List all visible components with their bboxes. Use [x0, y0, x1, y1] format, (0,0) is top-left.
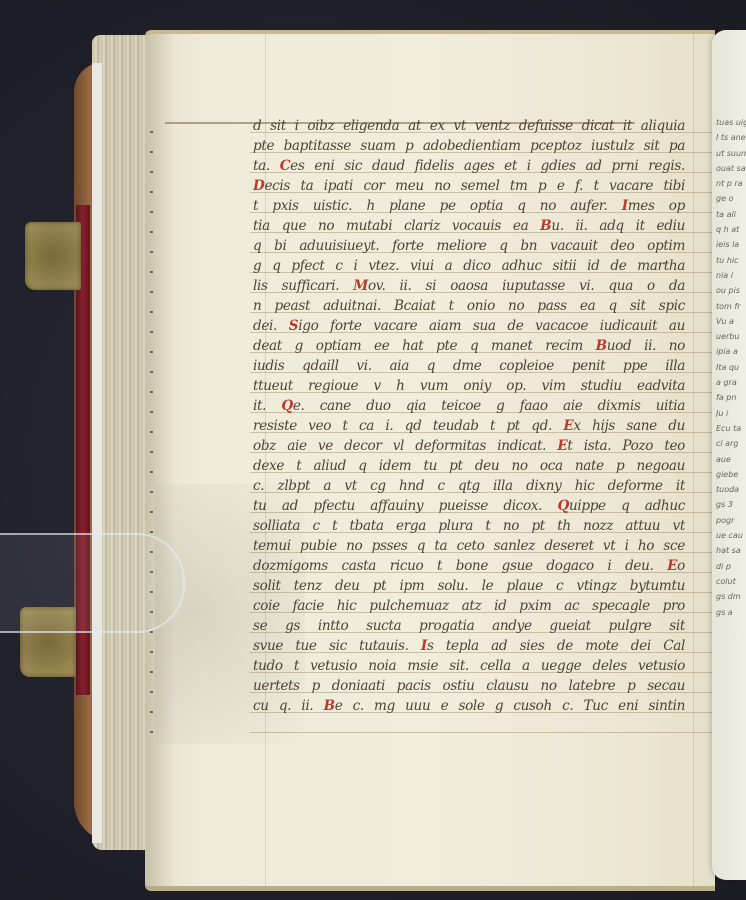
pricking-mark [150, 211, 153, 213]
ruling-line [250, 732, 720, 733]
manuscript-line: iudis qdaill vi. aia q dme copleioe peni… [253, 356, 685, 376]
facing-page-line: hat sa [716, 543, 746, 558]
pricking-mark [150, 331, 153, 333]
pricking-mark [150, 711, 153, 713]
manuscript-line: lis sufficari. Mov. ii. si oaosa iuputas… [253, 276, 685, 296]
facing-page-line: giebe [716, 467, 746, 482]
facing-page-line: gs 3 [716, 497, 746, 512]
facing-page-line: nia i [716, 268, 746, 283]
manuscript-line: ta. Ces eni sic daud fidelis ages et i g… [253, 156, 685, 176]
pricking-mark [150, 671, 153, 673]
pricking-mark [150, 231, 153, 233]
facing-page-line: Vu a [716, 314, 746, 329]
rubricated-initial: C [280, 158, 290, 174]
rubricated-initial: D [253, 178, 264, 194]
pricking-mark [150, 391, 153, 393]
facing-page-line: nt p ra [716, 176, 746, 191]
rubricated-initial: B [540, 218, 551, 234]
rubricated-initial: I [622, 198, 628, 214]
manuscript-line: cu q. ii. Be c. mg uuu e sole g cusoh c.… [253, 696, 685, 716]
manuscript-line: resiste veo t ca i. qd teudab t pt qd. E… [253, 416, 685, 436]
rubricated-initial: M [353, 278, 368, 294]
facing-page-line: aue [716, 452, 746, 467]
pricking-mark [150, 311, 153, 313]
facing-page-line: ci arg [716, 436, 746, 451]
facing-page-line: tom fr [716, 299, 746, 314]
facing-page-line: ou pis [716, 283, 746, 298]
pricking-mark [150, 151, 153, 153]
manuscript-line: uertets p doniaati pacis ostiu clausu no… [253, 676, 685, 696]
pricking-mark [150, 471, 153, 473]
page-weight-strip [0, 533, 185, 633]
manuscript-line: obz aie ve decor vl deformitas indicat. … [253, 436, 685, 456]
manuscript-line: solliata c t tbata erga plura t no pt th… [253, 516, 685, 536]
pricking-mark [150, 451, 153, 453]
pricking-mark [150, 171, 153, 173]
facing-page-text: tuas uigilI ts aneut suumouat sant p rag… [716, 115, 746, 620]
facing-page-line: fa pn [716, 390, 746, 405]
facing-page-line: ut suum [716, 146, 746, 161]
facing-page-line: tuoda [716, 482, 746, 497]
manuscript-line: d sit i oibz eligenda at ex vt ventz def… [253, 116, 685, 136]
manuscript-line: dozmigoms casta ricuo t bone gsue dogaco… [253, 556, 685, 576]
facing-page-line: uerbu [716, 329, 746, 344]
manuscript-line: Decis ta ipati cor meu no semel tm p e f… [253, 176, 685, 196]
manuscript-line: n peast aduitnai. Bcaiat t onio no pass … [253, 296, 685, 316]
rubricated-initial: B [596, 338, 607, 354]
rubricated-initial: Q [281, 398, 293, 414]
pricking-mark [150, 131, 153, 133]
facing-page-line: tuas uigil [716, 115, 746, 130]
pricking-mark [150, 651, 153, 653]
pricking-mark [150, 731, 153, 733]
facing-page-line: ieis la [716, 237, 746, 252]
rubricated-initial: E [667, 558, 677, 574]
facing-page-line: Ecu ta [716, 421, 746, 436]
facing-page-line: gs a [716, 605, 746, 620]
facing-page-line: ue cau [716, 528, 746, 543]
manuscript-line: deat g optiam ee hat pte q manet recim B… [253, 336, 685, 356]
pricking-mark [150, 411, 153, 413]
clasp-strap-top [25, 222, 81, 290]
manuscript-line: c. zlbpt a vt cg hnd c qtg illa dixny hi… [253, 476, 685, 496]
rubricated-initial: E [563, 418, 573, 434]
facing-page-line: ta ali [716, 207, 746, 222]
manuscript-line: ttueut regioue v h vum oniy op. vim stud… [253, 376, 685, 396]
manuscript-line: svue tue sic tutauis. Is tepla ad sies d… [253, 636, 685, 656]
pricking-mark [150, 531, 153, 533]
pricking-mark [150, 631, 153, 633]
facing-page-line: Ju i [716, 406, 746, 421]
pricking-mark [150, 691, 153, 693]
rubricated-initial: B [324, 698, 335, 714]
manuscript-line: solit tenz deu pt ipm solu. le plaue c v… [253, 576, 685, 596]
flyleaf-edge [92, 63, 102, 843]
pricking-mark [150, 191, 153, 193]
page-fold-shadow [145, 34, 175, 886]
facing-page-line: pogr [716, 513, 746, 528]
rubricated-initial: Q [557, 498, 569, 514]
facing-page-line: q h at [716, 222, 746, 237]
facing-page-line: di p [716, 559, 746, 574]
manuscript-line: it. Qe. cane duo qia teicoe g faao aie d… [253, 396, 685, 416]
text-column: d sit i oibz eligenda at ex vt ventz def… [253, 116, 685, 716]
facing-page-line: ipia a [716, 344, 746, 359]
manuscript-line: tudo t vetusio noia msie sit. cella a ue… [253, 656, 685, 676]
pricking-mark [150, 371, 153, 373]
pricking-mark [150, 511, 153, 513]
rubricated-initial: E [557, 438, 567, 454]
rubricated-initial: S [289, 318, 298, 334]
facing-page-line: I ts ane [716, 130, 746, 145]
facing-page-line: Ita qu [716, 360, 746, 375]
manuscript-line: q bi aduuisiueyt. forte meliore q bn vac… [253, 236, 685, 256]
rubricated-initial: I [421, 638, 427, 654]
manuscript-line: t pxis uistic. h plane pe optia q no auf… [253, 196, 685, 216]
manuscript-line: tia que no mutabi clariz vocauis ea Bu. … [253, 216, 685, 236]
pricking-mark [150, 271, 153, 273]
facing-page-line: tu hic [716, 253, 746, 268]
pricking-mark [150, 291, 153, 293]
facing-page-line: a gra [716, 375, 746, 390]
facing-page-line: ouat sa [716, 161, 746, 176]
page-edge-stack [92, 35, 150, 850]
pricking-mark [150, 491, 153, 493]
manuscript-line: tu ad pfectu affauiny pueisse dicox. Qui… [253, 496, 685, 516]
manuscript-line: se gs intto sucta progatia andye gueiat … [253, 616, 685, 636]
pricking-mark [150, 251, 153, 253]
manuscript-line: dei. Sigo forte vacare aiam sua de vacac… [253, 316, 685, 336]
manuscript-line: dexe t aliud q idem tu pt deu no oca nat… [253, 456, 685, 476]
facing-page-line: colut [716, 574, 746, 589]
manuscript-line: g q pfect c i vtez. viui a dico adhuc si… [253, 256, 685, 276]
facing-page-line: gs dm [716, 589, 746, 604]
manuscript-line: coie facie hic pulchemuaz atz id pxim ac… [253, 596, 685, 616]
manuscript-line: temui pubie no psses q ta ceto sanlez de… [253, 536, 685, 556]
pricking-mark [150, 351, 153, 353]
vertical-ruling-right [693, 34, 694, 886]
pricking-mark [150, 431, 153, 433]
facing-page-line: ge o [716, 191, 746, 206]
manuscript-line: pte baptitasse suam p adobedientiam pcep… [253, 136, 685, 156]
